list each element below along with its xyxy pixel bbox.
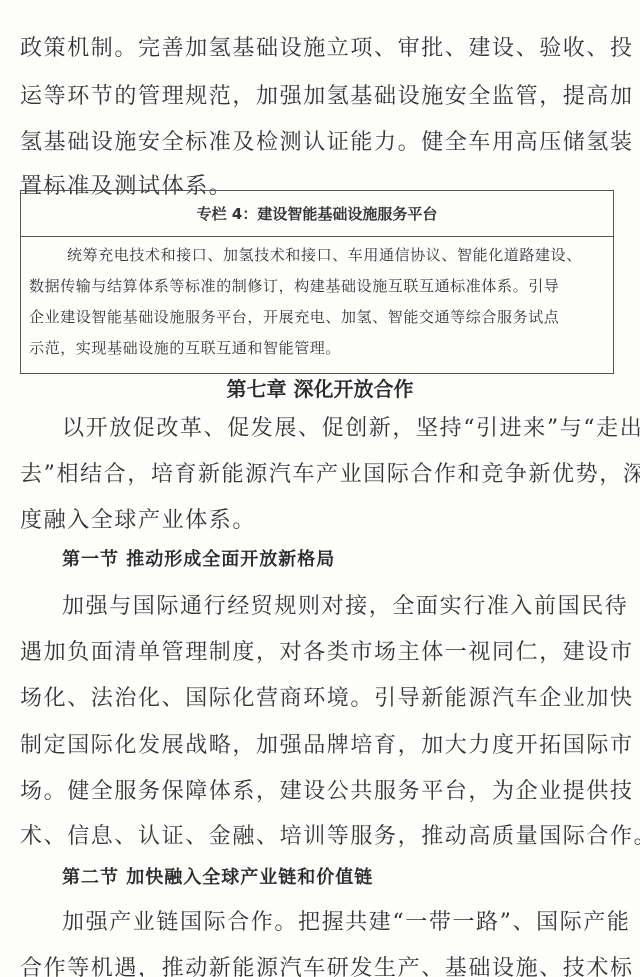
paragraph-line: 场。健全服务保障体系，建设公共服务平台，为企业提供技 xyxy=(20,777,620,807)
paragraph-line: 氢基础设施安全标准及检测认证能力。健全车用高压储氢装 xyxy=(20,128,620,158)
paragraph-line: 度融入全球产业体系。 xyxy=(20,506,620,536)
sidebar-box-title: 专栏 4：建设智能基础设施服务平台 xyxy=(21,191,613,237)
sidebar-box-line: 数据传输与结算体系等标准的制修订，构建基础设施互联互通标准体系。引导 xyxy=(29,276,609,296)
paragraph-line: 术、信息、认证、金融、培训等服务，推动高质量国际合作。 xyxy=(20,822,620,852)
paragraph-line: 去”相结合，培育新能源汽车产业国际合作和竞争新优势，深 xyxy=(20,460,620,490)
chapter-title: 第七章 深化开放合作 xyxy=(0,374,640,404)
paragraph-line: 加强与国际通行经贸规则对接，全面实行准入前国民待 xyxy=(62,592,620,622)
paragraph-line: 合作等机遇，推动新能源汽车研发生产、基础设施、技术标 xyxy=(20,954,620,977)
paragraph-line: 遇加负面清单管理制度，对各类市场主体一视同仁，建设市 xyxy=(20,638,620,668)
paragraph-line: 运等环节的管理规范，加强加氢基础设施安全监管，提高加 xyxy=(20,82,620,112)
paragraph-line: 加强产业链国际合作。把握共建“一带一路”、国际产能 xyxy=(62,908,620,938)
paragraph-line: 制定国际化发展战略，加强品牌培育，加大力度开拓国际市 xyxy=(20,731,620,761)
paragraph-line: 政策机制。完善加氢基础设施立项、审批、建设、验收、投 xyxy=(20,34,620,64)
paragraph-line: 场化、法治化、国际化营商环境。引导新能源汽车企业加快 xyxy=(20,684,620,714)
section-title: 第一节 推动形成全面开放新格局 xyxy=(62,546,335,574)
sidebar-box-line: 统筹充电技术和接口、加氢技术和接口、车用通信协议、智能化道路建设、 xyxy=(67,245,609,265)
document-page: 政策机制。完善加氢基础设施立项、审批、建设、验收、投 运等环节的管理规范，加强加… xyxy=(0,0,640,977)
sidebar-box: 专栏 4：建设智能基础设施服务平台 统筹充电技术和接口、加氢技术和接口、车用通信… xyxy=(20,190,614,374)
paragraph-line: 以开放促改革、促发展、促创新，坚持“引进来”与“走出 xyxy=(62,414,620,444)
sidebar-box-line: 企业建设智能基础设施服务平台，开展充电、加氢、智能交通等综合服务试点 xyxy=(29,307,609,327)
section-title: 第二节 加快融入全球产业链和价值链 xyxy=(62,864,373,892)
sidebar-box-line: 示范，实现基础设施的互联互通和智能管理。 xyxy=(29,338,609,358)
